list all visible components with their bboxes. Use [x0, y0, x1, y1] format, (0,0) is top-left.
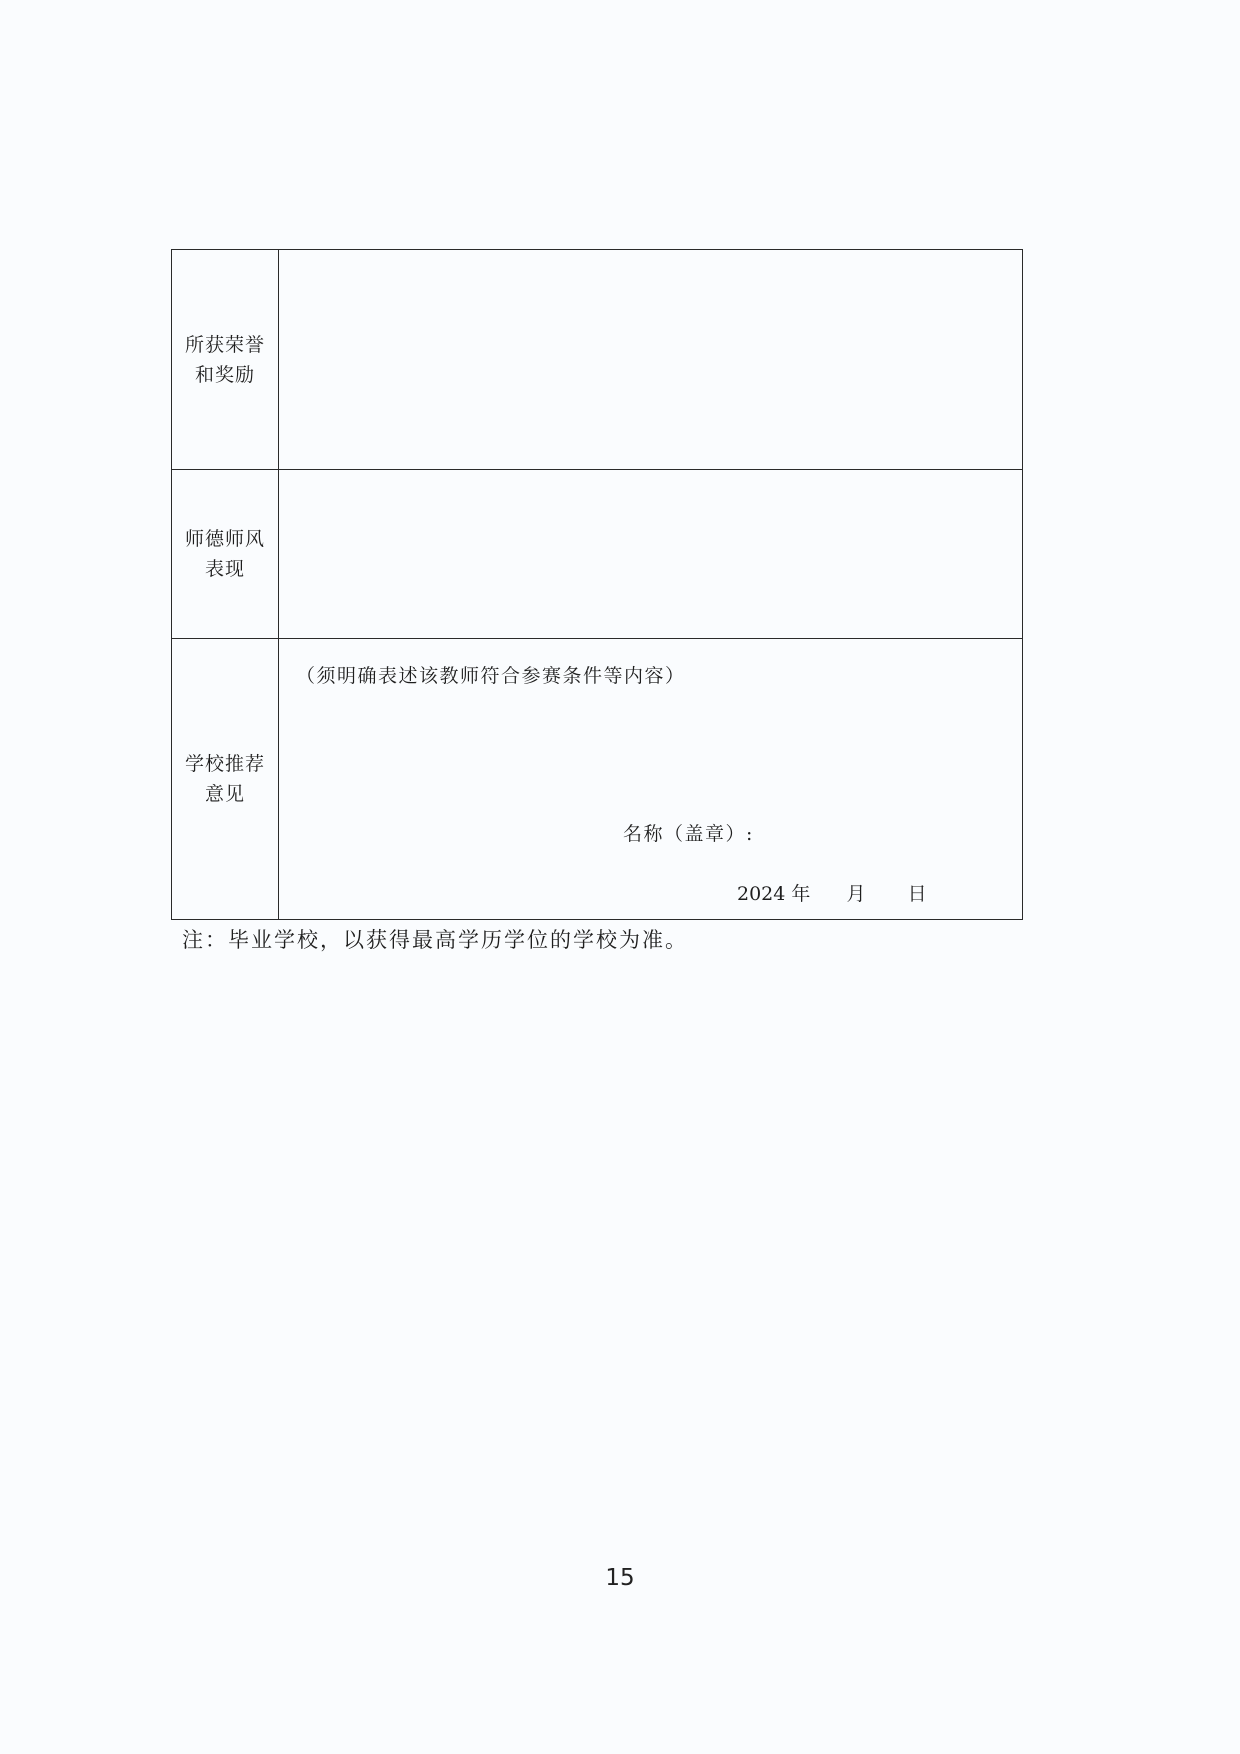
seal-label: 名称（盖章）:	[623, 819, 754, 846]
date-month-unit: 月	[847, 883, 866, 905]
form-row-ethics: 师德师风 表现	[172, 470, 1023, 639]
recommendation-label: 学校推荐 意见	[172, 639, 279, 920]
form-row-recommendation: 学校推荐 意见 （须明确表述该教师符合参赛条件等内容） 名称（盖章）: 2024…	[172, 639, 1023, 920]
date-line: 2024 年 月 日	[737, 879, 927, 906]
ethics-label-line-2: 表现	[172, 554, 278, 584]
date-year-unit: 年	[791, 883, 810, 905]
honors-field[interactable]	[279, 250, 1023, 470]
recommendation-label-line-1: 学校推荐	[172, 749, 278, 779]
application-form-table: 所获荣誉 和奖励 师德师风 表现 学校推荐 意见 （须明确表述该教师符合参赛条件…	[171, 249, 1023, 920]
honors-label-line-1: 所获荣誉	[172, 330, 278, 360]
date-day-unit: 日	[908, 883, 927, 905]
form-row-honors: 所获荣誉 和奖励	[172, 250, 1023, 470]
footnote: 注：毕业学校，以获得最高学历学位的学校为准。	[182, 924, 688, 954]
recommendation-field[interactable]: （须明确表述该教师符合参赛条件等内容） 名称（盖章）: 2024 年 月 日	[279, 639, 1023, 920]
date-year: 2024	[737, 883, 785, 905]
honors-label: 所获荣誉 和奖励	[172, 250, 279, 470]
honors-label-line-2: 和奖励	[172, 360, 278, 390]
ethics-label: 师德师风 表现	[172, 470, 279, 639]
recommendation-hint: （须明确表述该教师符合参赛条件等内容）	[296, 661, 686, 688]
page-number: 15	[0, 1565, 1240, 1591]
ethics-field[interactable]	[279, 470, 1023, 639]
recommendation-label-line-2: 意见	[172, 779, 278, 809]
ethics-label-line-1: 师德师风	[172, 524, 278, 554]
